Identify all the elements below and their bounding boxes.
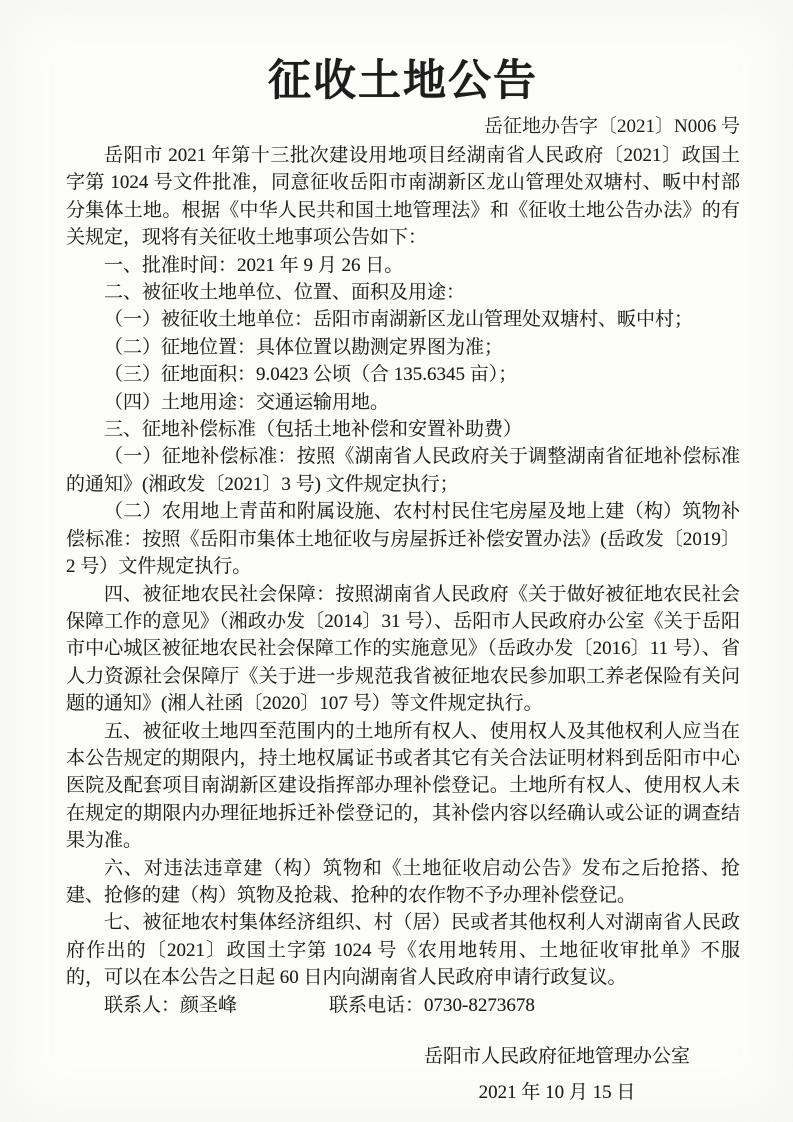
signature-office: 岳阳市人民政府征地管理办公室 xyxy=(424,1039,690,1075)
item-compensation-registration: 五、被征收土地四至范围内的土地所有权人、使用权人及其他权利人应当在本公告规定的期… xyxy=(66,718,740,855)
contact-line: 联系人：颜圣峰联系电话：0730-8273678 xyxy=(66,992,740,1019)
contact-phone: 联系电话：0730-8273678 xyxy=(329,995,535,1016)
item-illegal-structures: 六、对违法违章建（构）筑物和《土地征收启动公告》发布之后抢搭、抢建、抢修的建（构… xyxy=(66,855,740,910)
item-approval-time: 一、批准时间：2021 年 9 月 26 日。 xyxy=(66,252,740,279)
document-title: 征收土地公告 xyxy=(66,58,740,106)
item-compensation-heading: 三、征地补偿标准（包括土地补偿和安置补助费） xyxy=(66,416,740,443)
item-compensation-standard: （一）征地补偿标准：按照《湖南省人民政府关于调整湖南省征地补偿标准的通知》(湘政… xyxy=(66,443,740,498)
item-structures-compensation: （二）农用地上青苗和附属设施、农村村民住宅房屋及地上建（构）筑物补偿标准：按照《… xyxy=(66,498,740,580)
item-land-area: （三）征地面积：9.0423 公顷（合 135.6345 亩）； xyxy=(66,361,740,388)
item-land-units-heading: 二、被征收土地单位、位置、面积及用途： xyxy=(66,279,740,306)
document-number: 岳征地办告字〔2021〕N006 号 xyxy=(66,115,740,139)
item-land-use: （四）土地用途：交通运输用地。 xyxy=(66,389,740,416)
signature-date: 2021 年 10 月 15 日 xyxy=(424,1075,690,1111)
document-page: 征收土地公告 岳征地办告字〔2021〕N006 号 岳阳市 2021 年第十三批… xyxy=(0,0,793,1122)
contact-person: 联系人：颜圣峰 xyxy=(104,995,237,1016)
document-body: 岳阳市 2021 年第十三批次建设用地项目经湖南省人民政府〔2021〕政国土字第… xyxy=(66,142,740,992)
document-content: 征收土地公告 岳征地办告字〔2021〕N006 号 岳阳市 2021 年第十三批… xyxy=(0,0,793,1111)
signature-block: 岳阳市人民政府征地管理办公室 2021 年 10 月 15 日 xyxy=(424,1039,690,1111)
paragraph-intro: 岳阳市 2021 年第十三批次建设用地项目经湖南省人民政府〔2021〕政国土字第… xyxy=(66,142,740,252)
item-land-unit: （一）被征收土地单位：岳阳市南湖新区龙山管理处双塘村、畈中村； xyxy=(66,306,740,333)
item-social-security: 四、被征地农民社会保障：按照湖南省人民政府《关于做好被征地农民社会保障工作的意见… xyxy=(66,581,740,718)
item-administrative-review: 七、被征地农村集体经济组织、村（居）民或者其他权利人对湖南省人民政府作出的〔20… xyxy=(66,909,740,991)
item-land-location: （二）征地位置：具体位置以勘测定界图为准； xyxy=(66,334,740,361)
